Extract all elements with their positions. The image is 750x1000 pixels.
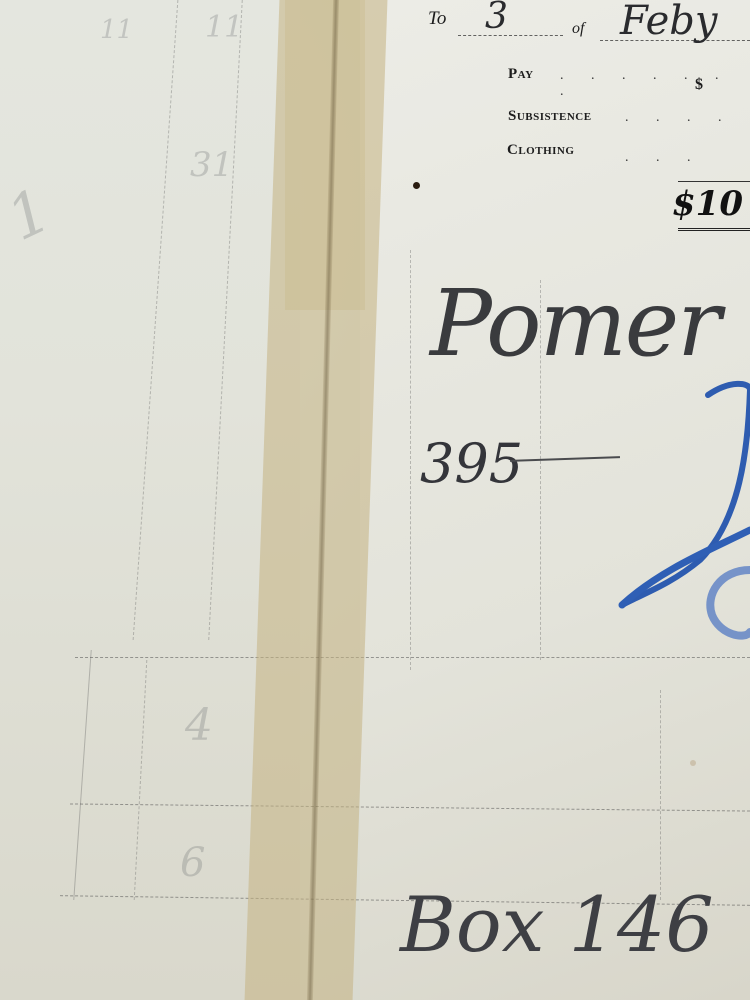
ruling-line bbox=[660, 690, 661, 900]
bleed-through-mark: 11 bbox=[205, 10, 243, 45]
bleed-through-mark: 11 bbox=[100, 15, 133, 45]
handwritten-name: Pomer bbox=[430, 270, 719, 377]
total-rule-bottom bbox=[678, 228, 750, 231]
total-rule-top bbox=[678, 181, 750, 182]
clothing-label: Clothing bbox=[507, 142, 574, 159]
subsistence-label: Subsistence bbox=[508, 108, 592, 125]
repair-tape bbox=[285, 0, 365, 310]
bleed-through-mark: 4 bbox=[185, 700, 213, 751]
of-label: of bbox=[572, 20, 584, 38]
handwritten-number: 395 bbox=[420, 432, 523, 495]
pay-currency: $ bbox=[695, 76, 703, 94]
ruling-line bbox=[410, 250, 411, 670]
bleed-through-mark: 31 bbox=[190, 145, 233, 185]
bleed-through-mark: 6 bbox=[180, 840, 205, 886]
stain bbox=[690, 760, 696, 766]
subsistence-leader: . . . . bbox=[625, 110, 734, 126]
handwritten-day: 3 bbox=[485, 0, 508, 37]
punch-hole bbox=[413, 182, 420, 189]
document-photo: 11 11 31 1 4 6 To 3 of Feby Pay . . . . … bbox=[0, 0, 750, 1000]
pay-leader: . . . . . . . bbox=[560, 68, 750, 100]
blue-crayon-mark bbox=[600, 370, 750, 650]
table-rule bbox=[75, 657, 750, 658]
total-amount: $10 bbox=[672, 184, 743, 224]
pay-label: Pay bbox=[508, 66, 534, 83]
clothing-leader: . . . bbox=[625, 150, 703, 166]
to-label: To bbox=[428, 8, 446, 30]
to-underline bbox=[458, 35, 563, 36]
handwritten-month: Feby bbox=[620, 0, 717, 44]
handwritten-box-note: Box 146 bbox=[400, 880, 714, 969]
